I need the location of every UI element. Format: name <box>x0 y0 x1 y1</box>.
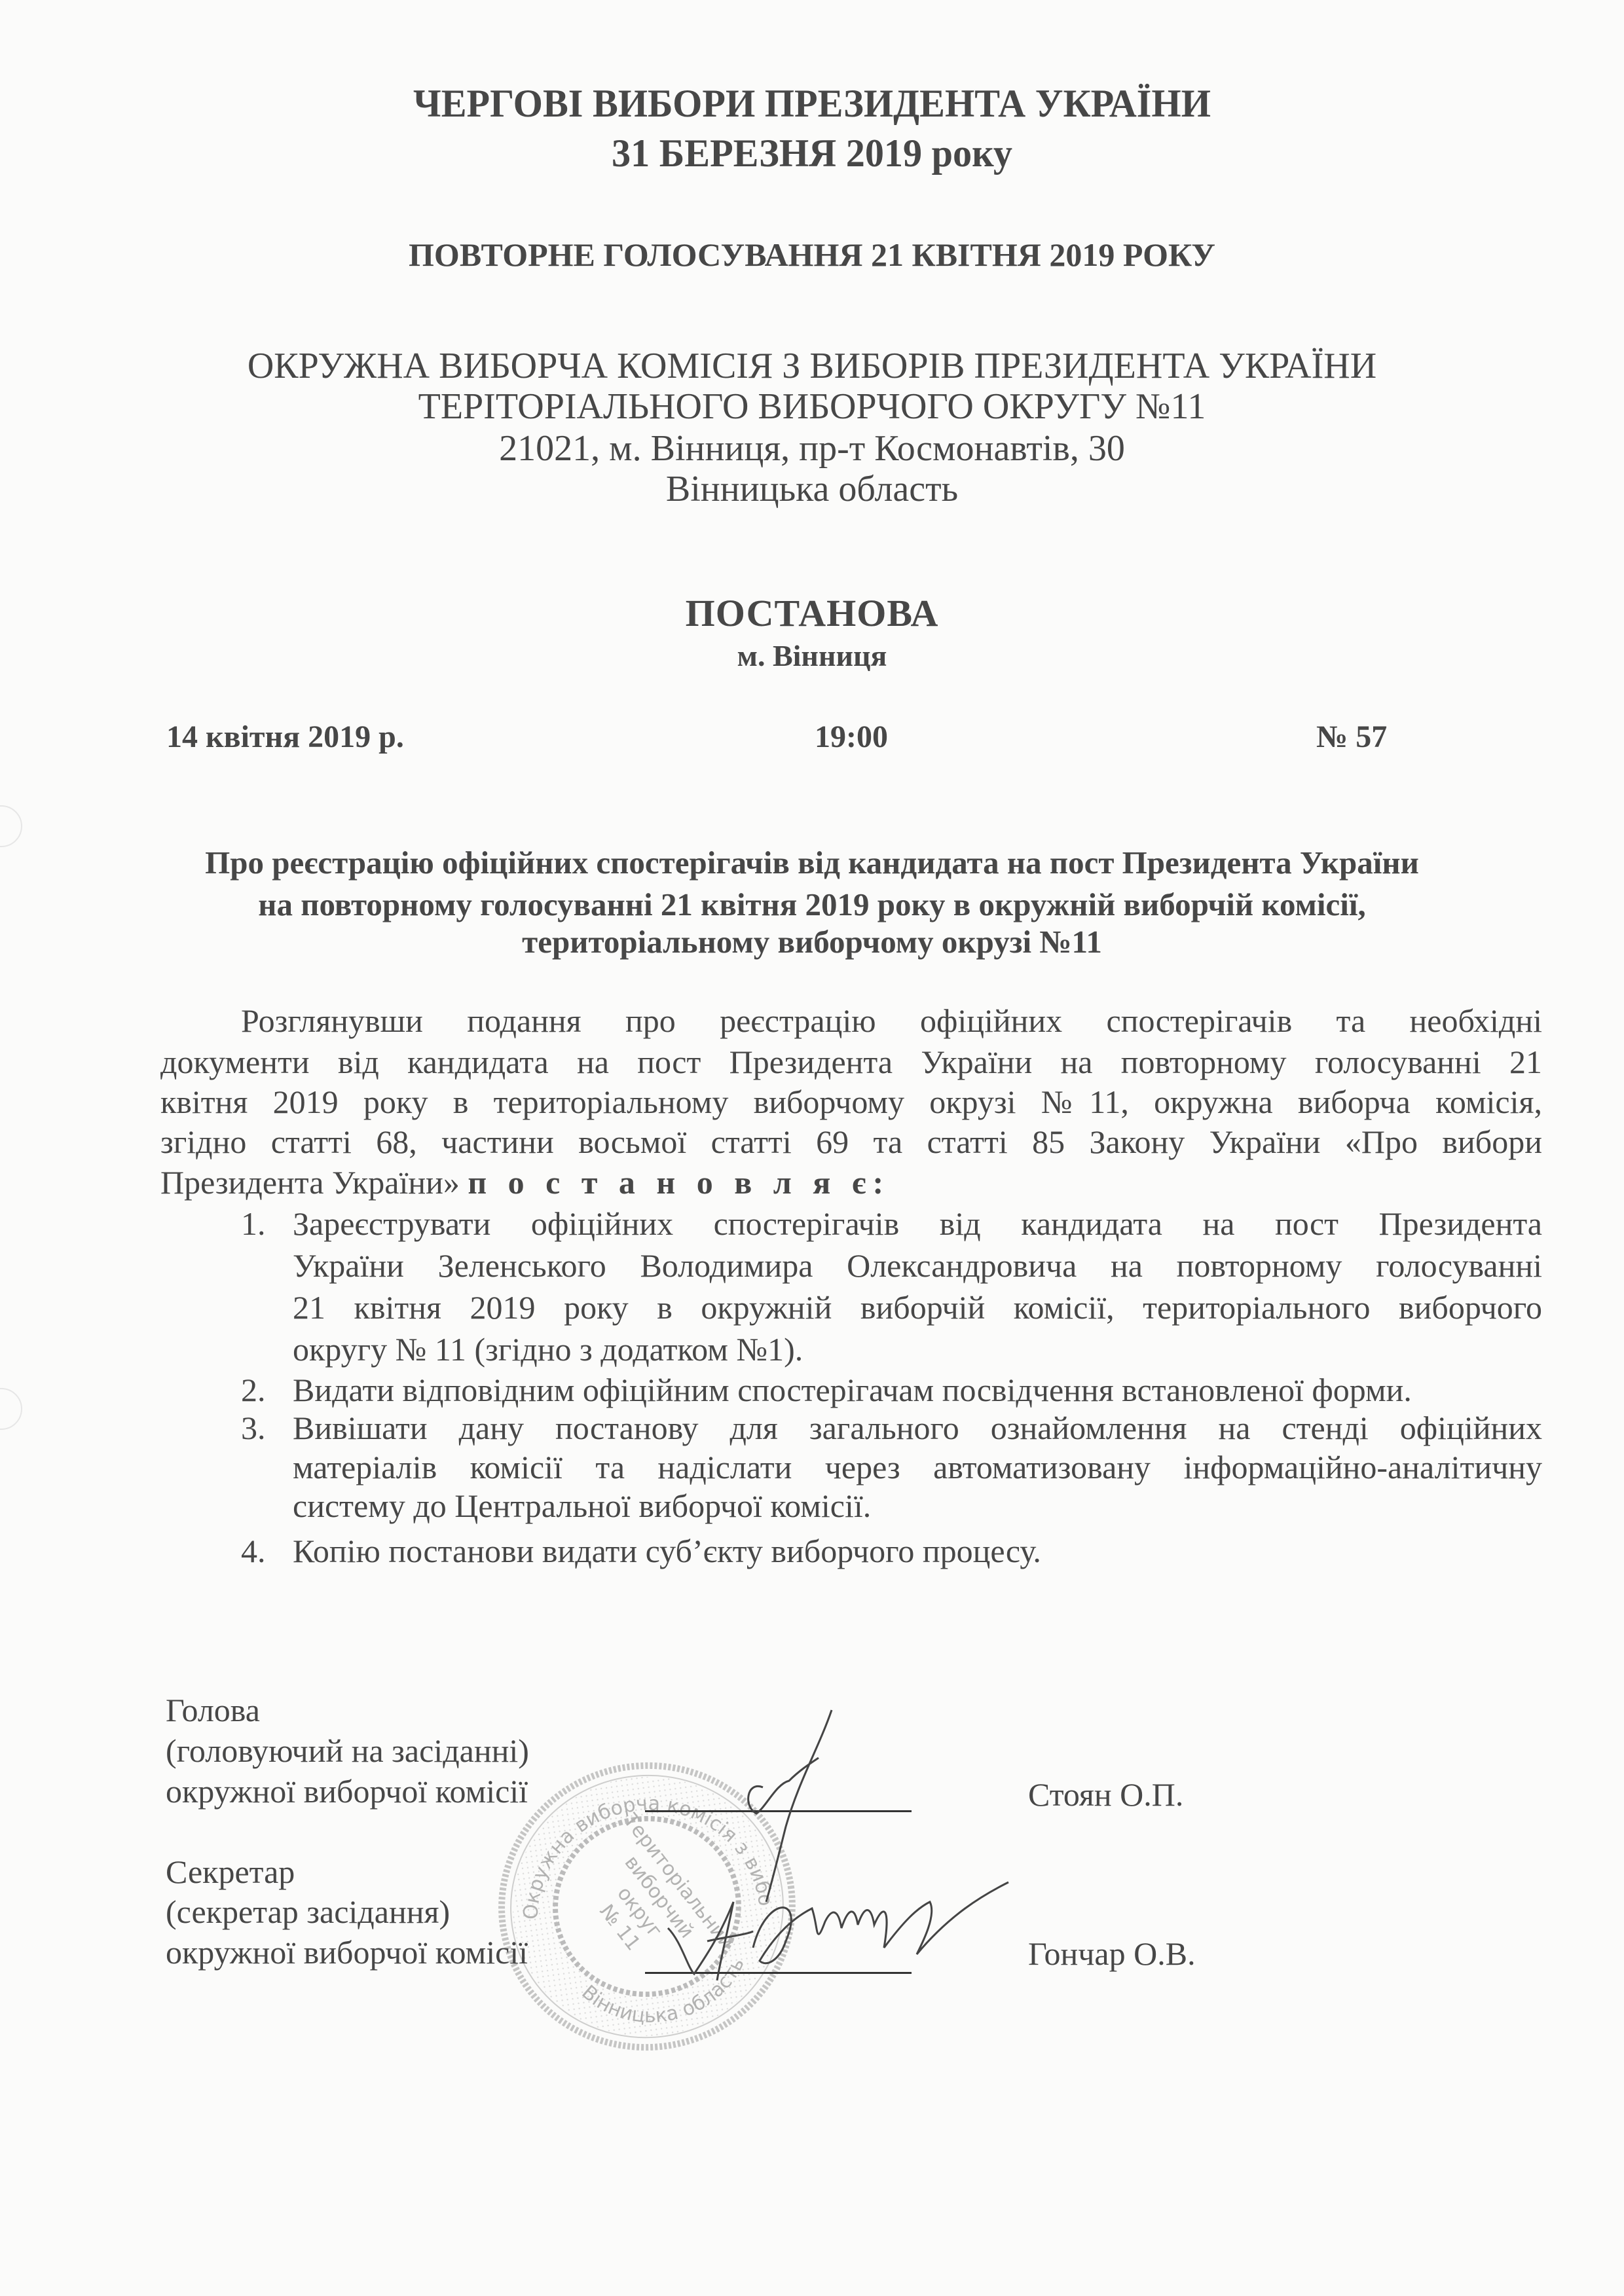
list-item-line: Видати відповідним офіційним спостерігач… <box>293 1371 1542 1409</box>
list-item-line: матеріалів комісії та надіслати через ав… <box>293 1448 1542 1486</box>
list-item-line: Копію постанови видати суб’єкту виборчог… <box>293 1532 1542 1570</box>
secretary-title-line: окружної виборчої комісії <box>166 1933 528 1971</box>
list-item-line: систему до Центральної виборчої комісії. <box>293 1487 1542 1525</box>
list-number: 2. <box>241 1371 266 1409</box>
document-date: 14 квітня 2019 р. <box>166 719 404 755</box>
preamble-line: квітня 2019 року в територіальному вибор… <box>160 1082 1542 1122</box>
list-item-line: Вивішати дану постанову для загального о… <box>293 1409 1542 1447</box>
punch-hole-mark <box>0 1388 22 1430</box>
chair-title-line: окружної виборчої комісії <box>166 1772 528 1810</box>
commission-address: 21021, м. Вінниця, пр-т Космонавтів, 30 <box>0 428 1624 469</box>
document-city: м. Вінниця <box>0 638 1624 673</box>
punch-hole-mark <box>0 805 22 847</box>
preamble-line: документи від кандидата на пост Президен… <box>160 1042 1542 1082</box>
list-item-line: України Зеленського Володимира Олександр… <box>293 1247 1542 1285</box>
secretary-signature <box>655 1869 1022 1987</box>
list-item-line: 21 квітня 2019 року в окружній виборчій … <box>293 1288 1542 1326</box>
list-number: 3. <box>241 1409 266 1447</box>
document-type: ПОСТАНОВА <box>0 591 1624 635</box>
commission-name-line1: ОКРУЖНА ВИБОРЧА КОМІСІЯ З ВИБОРІВ ПРЕЗИД… <box>0 345 1624 387</box>
commission-region: Вінницька область <box>0 468 1624 510</box>
document-time: 19:00 <box>815 719 888 755</box>
chair-title-line: (головуючий на засіданні) <box>166 1732 529 1770</box>
chair-title-line: Голова <box>166 1691 260 1729</box>
subject-line: на повторному голосуванні 21 квітня 2019… <box>0 886 1624 923</box>
commission-name-line2: ТЕРІТОРІАЛЬНОГО ВИБОРЧОГО ОКРУГУ №11 <box>0 386 1624 428</box>
list-item-line: Зареєструвати офіційних спостерігачів ві… <box>293 1205 1542 1243</box>
document-number: № 57 <box>1316 719 1387 755</box>
list-number: 4. <box>241 1532 266 1570</box>
election-date: 31 БЕРЕЗНЯ 2019 року <box>24 131 1600 176</box>
resolves-keyword: п о с т а н о в л я є: <box>468 1164 890 1201</box>
list-number: 1. <box>241 1205 266 1243</box>
preamble-line-last: Президента України» п о с т а н о в л я … <box>160 1162 1542 1203</box>
secretary-title-line: (секретар засідання) <box>166 1893 450 1931</box>
subject-line: Про реєстрацію офіційних спостерігачів в… <box>0 844 1624 881</box>
preamble-text: Президента України» <box>160 1164 460 1201</box>
preamble-line: згідно статті 68, частини восьмої статті… <box>160 1121 1542 1162</box>
secretary-name: Гончар О.В. <box>1028 1935 1196 1973</box>
chair-name: Стоян О.П. <box>1028 1776 1183 1813</box>
preamble-line: Розглянувши подання про реєстрацію офіці… <box>241 1000 1542 1041</box>
list-item-line: округу № 11 (згідно з додатком №1). <box>293 1330 1542 1368</box>
secretary-title-line: Секретар <box>166 1853 295 1891</box>
runoff-title: ПОВТОРНЕ ГОЛОСУВАННЯ 21 КВІТНЯ 2019 РОКУ <box>0 236 1624 274</box>
subject-line: територіальному виборчому окрузі №11 <box>0 923 1624 960</box>
election-title: ЧЕРГОВІ ВИБОРИ ПРЕЗИДЕНТА УКРАЇНИ <box>24 81 1600 126</box>
